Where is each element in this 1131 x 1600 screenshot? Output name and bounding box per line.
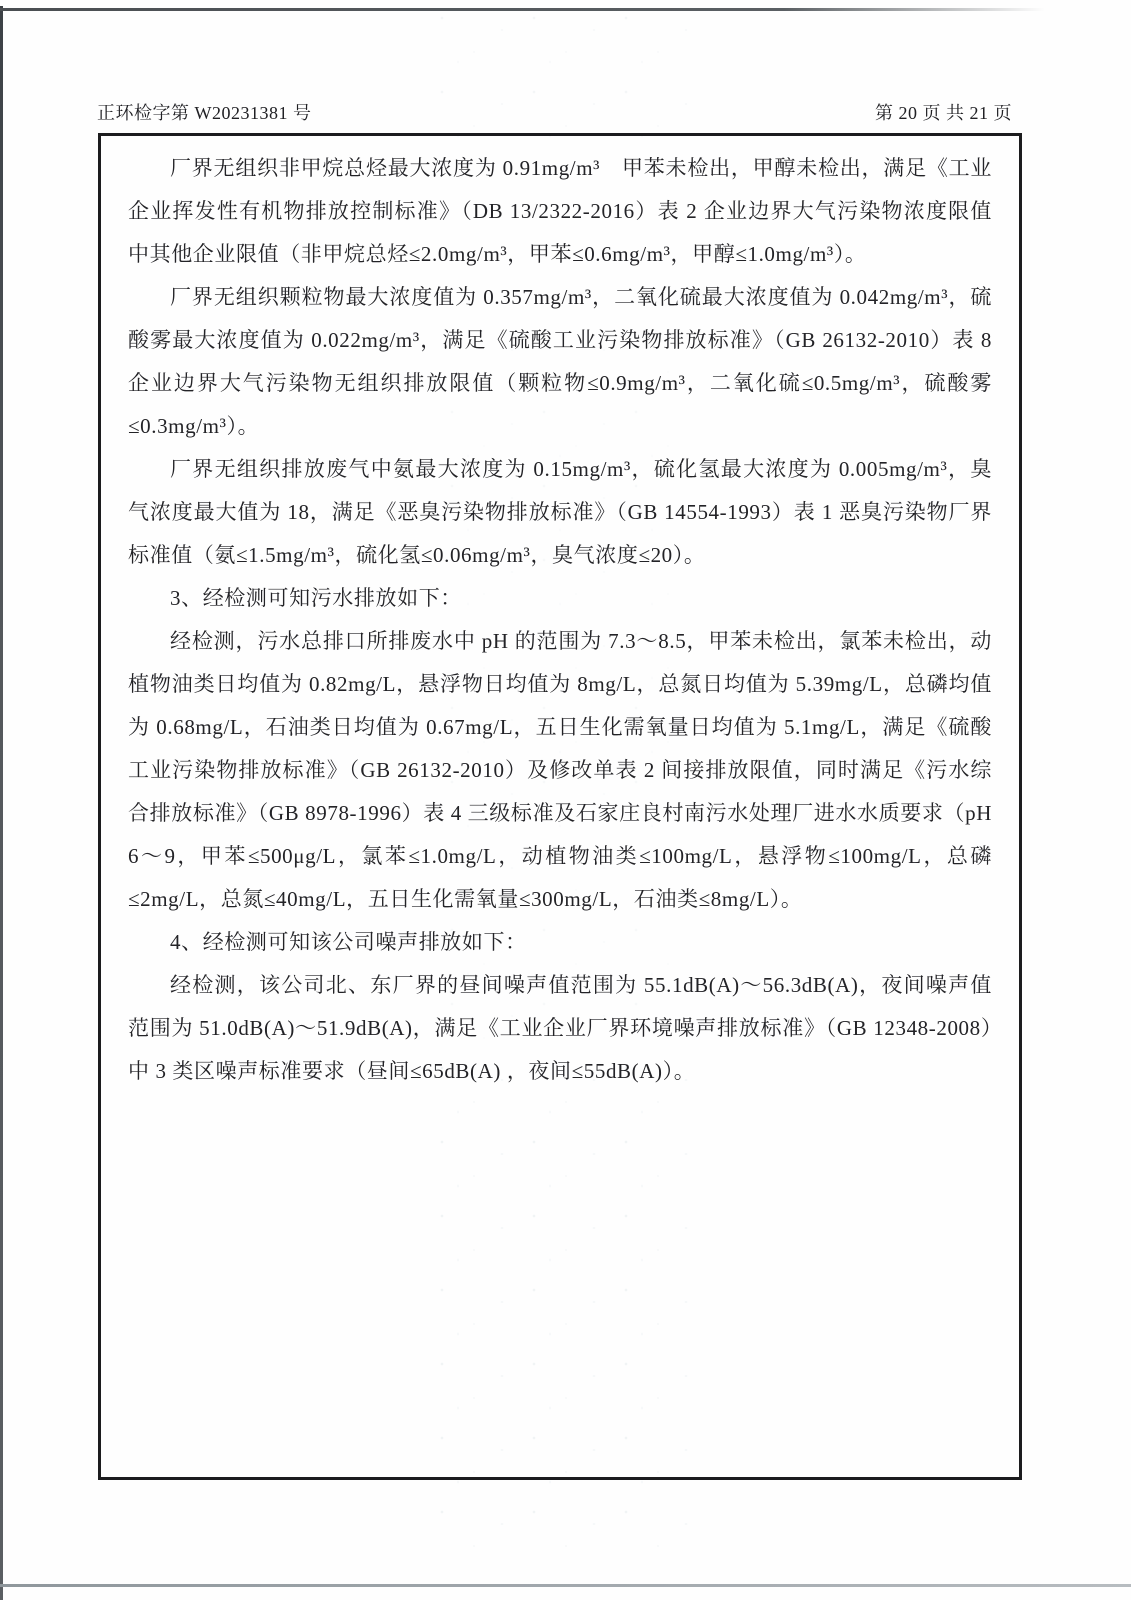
paragraph-noise-results: 经检测，该公司北、东厂界的昼间噪声值范围为 55.1dB(A)～56.3dB(A… — [128, 964, 992, 1093]
page-header: 正环检字第 W20231381 号 第 20 页 共 21 页 — [97, 99, 1012, 125]
page-indicator: 第 20 页 共 21 页 — [875, 99, 1012, 125]
content-border-box: 厂界无组织非甲烷总烃最大浓度为 0.91mg/m³ 甲苯未检出，甲醇未检出，满足… — [98, 133, 1022, 1480]
scanned-document-page: 正环检字第 W20231381 号 第 20 页 共 21 页 厂界无组织非甲烷… — [0, 0, 1131, 1600]
scan-edge-artifact-bottom — [0, 1584, 1131, 1587]
scan-noise-artifact — [430, 0, 690, 150]
paragraph-odor-emissions: 厂界无组织排放废气中氨最大浓度为 0.15mg/m³，硫化氢最大浓度为 0.00… — [128, 448, 992, 577]
section-heading-noise: 4、经检测可知该公司噪声排放如下： — [128, 921, 992, 964]
section-heading-wastewater: 3、经检测可知污水排放如下： — [128, 577, 992, 620]
paragraph-particulate-so2-emissions: 厂界无组织颗粒物最大浓度值为 0.357mg/m³，二氧化硫最大浓度值为 0.0… — [128, 276, 992, 448]
paragraph-wastewater-results: 经检测，污水总排口所排废水中 pH 的范围为 7.3～8.5，甲苯未检出，氯苯未… — [128, 620, 992, 921]
document-number: 正环检字第 W20231381 号 — [97, 99, 312, 125]
scan-edge-artifact-left — [0, 6, 3, 1600]
paragraph-voc-fugitive-emissions: 厂界无组织非甲烷总烃最大浓度为 0.91mg/m³ 甲苯未检出，甲醇未检出，满足… — [128, 147, 992, 276]
